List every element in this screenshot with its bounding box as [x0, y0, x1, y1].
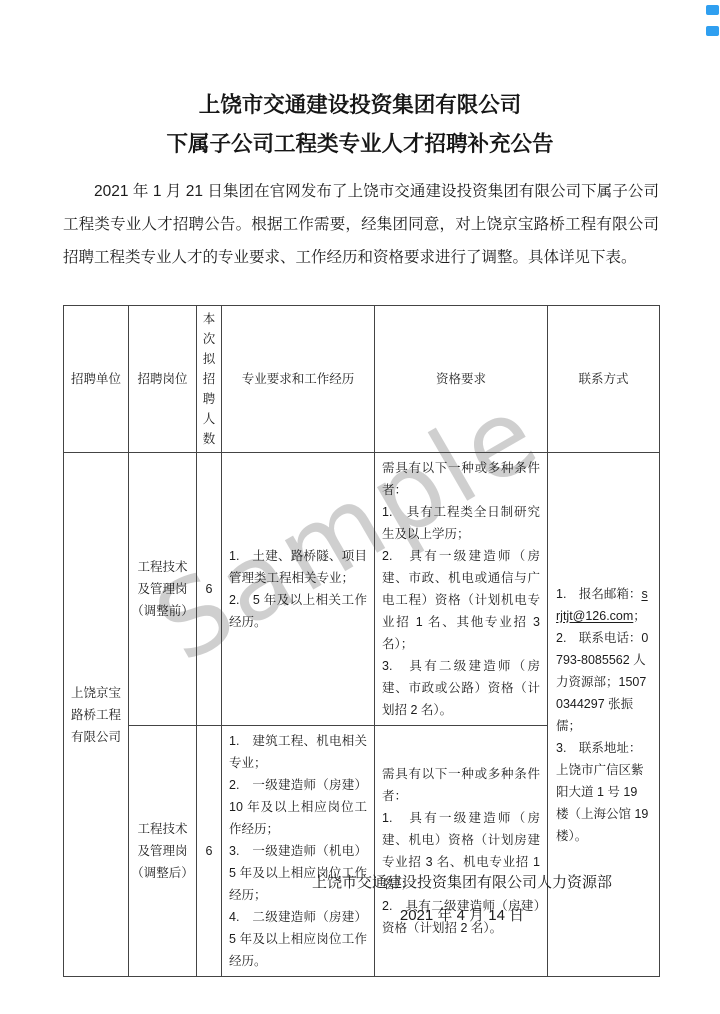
- requirements-cell-before: 1. 土建、路桥隧、项目管理类工程相关专业； 2. 5 年及以上相关工作经历。: [222, 453, 375, 726]
- contact-item-address: 3. 联系地址：上饶市广信区紫阳大道 1 号 19 楼（上海公馆 19 楼）。: [556, 737, 651, 847]
- contact-email-tail: ；: [633, 609, 646, 623]
- requirement-item: 2. 一级建造师（房建）10 年及以上相应岗位工作经历；: [229, 774, 367, 840]
- position-cell-before: 工程技术 及管理岗 （调整前）: [129, 453, 197, 726]
- signature-department: 上饶市交通建设投资集团有限公司人力资源部: [312, 866, 612, 899]
- header-unit: 招聘单位: [64, 306, 129, 453]
- signature-date: 2021 年 4 月 14 日: [312, 899, 612, 932]
- corner-marker-icon: [706, 5, 719, 15]
- qualification-item: 3. 具有二级建造师（房建、市政或公路）资格（计划招 2 名）。: [382, 655, 540, 721]
- table-header-row: 招聘单位 招聘岗位 本次拟招聘人数 专业要求和工作经历 资格要求 联系方式: [64, 306, 660, 453]
- requirement-item: 1. 土建、路桥隧、项目管理类工程相关专业；: [229, 545, 367, 589]
- qualification-item: 需具有以下一种或多种条件者：: [382, 457, 540, 501]
- corner-marker-icon: [706, 26, 719, 36]
- count-cell-before: 6: [197, 453, 222, 726]
- count-cell-after: 6: [197, 726, 222, 977]
- header-position: 招聘岗位: [129, 306, 197, 453]
- contact-email-label: 1. 报名邮箱：: [556, 587, 641, 601]
- contact-item-email: 1. 报名邮箱：srjtjt@126.com；: [556, 583, 651, 627]
- table-row: 上饶京宝 路桥工程 有限公司 工程技术 及管理岗 （调整前） 6 1. 土建、路…: [64, 453, 660, 726]
- header-requirements: 专业要求和工作经历: [222, 306, 375, 453]
- header-count: 本次拟招聘人数: [197, 306, 222, 453]
- position-cell-after: 工程技术 及管理岗 （调整后）: [129, 726, 197, 977]
- page-title-line1: 上饶市交通建设投资集团有限公司: [0, 86, 720, 125]
- qualification-item: 需具有以下一种或多种条件者：: [382, 763, 540, 807]
- qualifications-cell-after: 需具有以下一种或多种条件者： 1. 具有一级建造师（房建、机电）资格（计划房建专…: [375, 726, 548, 977]
- contact-item-phone: 2. 联系电话：0793-8085562 人力资源部；15070344297 张…: [556, 627, 651, 737]
- unit-cell: 上饶京宝 路桥工程 有限公司: [64, 453, 129, 977]
- header-qualifications: 资格要求: [375, 306, 548, 453]
- page-title: 上饶市交通建设投资集团有限公司 下属子公司工程类专业人才招聘补充公告: [0, 86, 720, 164]
- qualification-item: 1. 具有工程类全日制研究生及以上学历；: [382, 501, 540, 545]
- intro-paragraph: 2021 年 1 月 21 日集团在官网发布了上饶市交通建设投资集团有限公司下属…: [63, 175, 659, 274]
- qualification-item: 2. 具有一级建造师（房建、市政、机电或通信与广电工程）资格（计划机电专业招 1…: [382, 545, 540, 655]
- requirements-cell-after: 1. 建筑工程、机电相关专业； 2. 一级建造师（房建）10 年及以上相应岗位工…: [222, 726, 375, 977]
- requirement-item: 1. 建筑工程、机电相关专业；: [229, 730, 367, 774]
- qualifications-cell-before: 需具有以下一种或多种条件者： 1. 具有工程类全日制研究生及以上学历； 2. 具…: [375, 453, 548, 726]
- page-title-line2: 下属子公司工程类专业人才招聘补充公告: [0, 125, 720, 164]
- signature-block: 上饶市交通建设投资集团有限公司人力资源部 2021 年 4 月 14 日: [312, 866, 612, 932]
- requirement-item: 2. 5 年及以上相关工作经历。: [229, 589, 367, 633]
- header-contact: 联系方式: [548, 306, 660, 453]
